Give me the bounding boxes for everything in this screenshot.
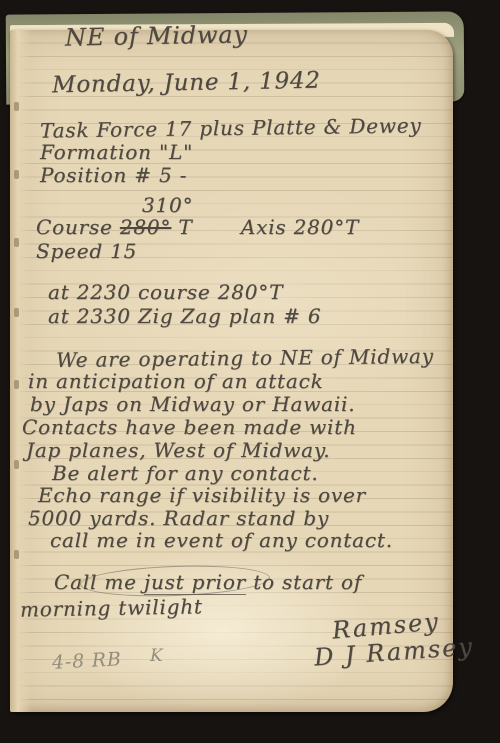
closing-line-2: morning twilight <box>20 594 203 621</box>
pencil-note: 4-8 RB <box>51 648 122 674</box>
closing-line-1: Call me just prior to start of <box>54 570 362 594</box>
stitch-mark <box>14 550 19 559</box>
course-line: Course 280° T Axis 280°T <box>36 215 359 239</box>
speed-line: Speed 15 <box>36 239 137 263</box>
position-line: Position # 5 - <box>40 163 187 187</box>
body-line: Jap planes, West of Midway. <box>26 438 330 462</box>
course-correction: 310° <box>142 193 193 217</box>
closing-pre: Call me <box>54 570 144 594</box>
stitch-mark <box>14 380 19 389</box>
task-force-line: Task Force 17 plus Platte & Dewey <box>40 113 422 142</box>
closing-post: to start of <box>246 570 362 594</box>
pencil-mark: K <box>150 646 164 666</box>
axis-value: Axis 280°T <box>241 215 359 239</box>
stitch-mark <box>14 460 19 469</box>
closing-underlined: just prior <box>144 570 246 595</box>
body-line: 5000 yards. Radar stand by <box>28 506 329 530</box>
notebook-page: NE of Midway Monday, June 1, 1942 Task F… <box>10 30 453 712</box>
body-line: by Japs on Midway or Hawaii. <box>30 392 355 416</box>
formation-line: Formation "L" <box>40 140 193 164</box>
stitch-mark <box>14 308 19 317</box>
body-line: call me in event of any contact. <box>50 528 393 552</box>
course-unit: T <box>178 215 192 239</box>
order-2330: at 2330 Zig Zag plan # 6 <box>48 304 321 328</box>
body-line: We are operating to NE of Midway <box>56 344 434 372</box>
body-line: Contacts have been made with <box>22 415 357 439</box>
body-line: in anticipation of an attack <box>28 369 324 393</box>
stitch-mark <box>14 238 19 247</box>
body-line: Be alert for any contact. <box>52 461 319 485</box>
order-2230: at 2230 course 280°T <box>48 280 283 304</box>
course-label: Course <box>36 215 113 239</box>
date-line: Monday, June 1, 1942 <box>52 68 321 99</box>
notebook-photo: NE of Midway Monday, June 1, 1942 Task F… <box>0 0 500 743</box>
body-line: Echo range if visibility is over <box>38 483 366 507</box>
heading-location: NE of Midway <box>65 20 248 51</box>
stitch-mark <box>14 170 19 179</box>
course-struck-value: 280° <box>120 215 171 239</box>
stitch-mark <box>14 102 19 111</box>
